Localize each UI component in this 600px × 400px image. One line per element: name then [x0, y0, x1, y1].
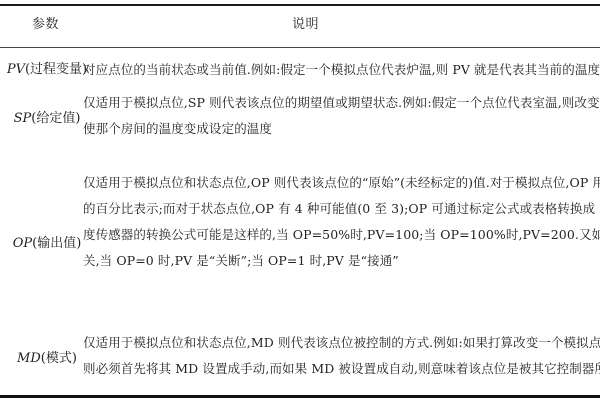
param-sp: SP(给定值)	[4, 110, 90, 128]
desc-op: 仅适用于模拟点位和状态点位,OP 则代表该点位的“原始”(未经标定的)值.对于模…	[83, 170, 595, 274]
desc-md: 仅适用于模拟点位和状态点位,MD 则代表该点位被控制的方式.例如:如果打算改变一…	[83, 330, 595, 382]
param-pv: PV(过程变量)	[4, 61, 90, 79]
param-op: OP(输出值)	[4, 235, 90, 253]
table-bottom-rule	[0, 395, 600, 398]
param-name: (模式)	[41, 351, 77, 366]
desc-line: 仅适用于模拟点位,SP 则代表该点位的期望值或期望状态.例如:假定一个点位代表室…	[83, 90, 595, 116]
param-abbr: PV	[7, 62, 25, 77]
desc-line: 仅适用于模拟点位和状态点位,MD 则代表该点位被控制的方式.例如:如果打算改变一…	[83, 330, 595, 356]
param-abbr: SP	[14, 111, 32, 126]
param-abbr: OP	[13, 236, 32, 251]
desc-line: 的百分比表示;而对于状态点位,OP 有 4 种可能值(0 至 3);OP 可通过…	[83, 196, 595, 222]
desc-line: 度传感器的转换公式可能是这样的,当 OP=50%时,PV=100;当 OP=10…	[83, 222, 595, 248]
header-param: 参数	[32, 16, 59, 34]
desc-line: 使那个房间的温度变成设定的温度	[83, 116, 595, 142]
param-md: MD(模式)	[4, 350, 90, 368]
desc-line: 对应点位的当前状态或当前值.例如:假定一个模拟点位代表炉温,则 PV 就是代表其…	[83, 57, 595, 83]
header-description: 说明	[292, 16, 319, 34]
desc-line: 仅适用于模拟点位和状态点位,OP 则代表该点位的“原始”(未经标定的)值.对于模…	[83, 170, 595, 196]
desc-pv: 对应点位的当前状态或当前值.例如:假定一个模拟点位代表炉温,则 PV 就是代表其…	[83, 57, 595, 83]
table-top-rule	[0, 4, 600, 6]
table-header-rule	[0, 47, 600, 48]
desc-line: 关,当 OP=0 时,PV 是“关断”;当 OP=1 时,PV 是“接通”	[83, 248, 595, 274]
desc-sp: 仅适用于模拟点位,SP 则代表该点位的期望值或期望状态.例如:假定一个点位代表室…	[83, 90, 595, 142]
param-abbr: MD	[17, 351, 41, 366]
param-name: (过程变量)	[25, 62, 87, 77]
param-name: (输出值)	[32, 236, 81, 251]
desc-line: 则必须首先将其 MD 设置成手动,而如果 MD 被设置成自动,则意味着该点位是被…	[83, 356, 595, 382]
param-name: (给定值)	[31, 111, 80, 126]
